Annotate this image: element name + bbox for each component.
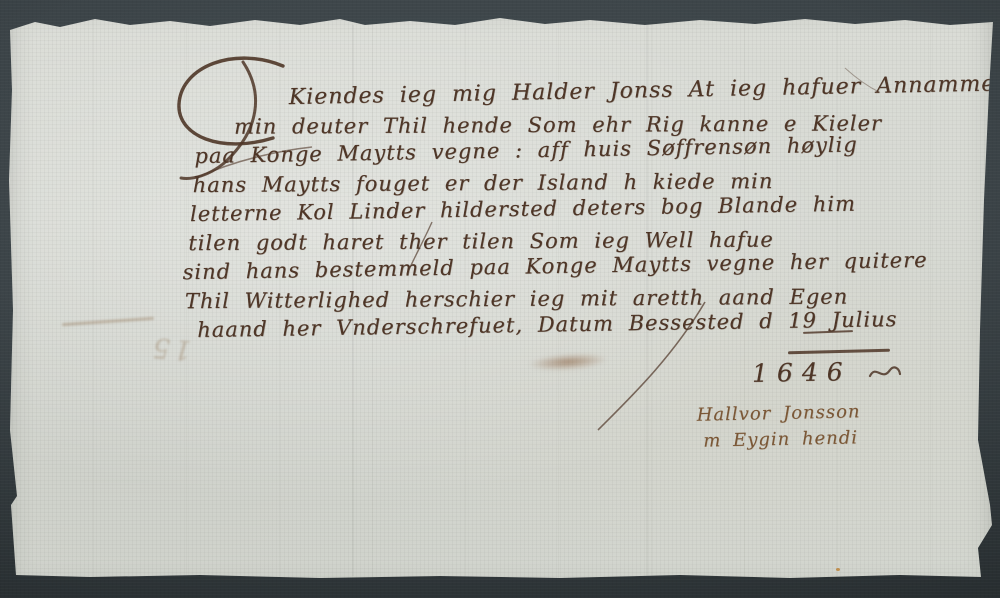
paper-fiber-speck [560,17,564,20]
year-flourish [868,362,902,384]
manuscript-line-1: Kiendes ieg mig Halder Jonss At ieg hafu… [289,70,986,112]
manuscript-paper: Kiendes ieg mig Halder Jonss At ieg hafu… [0,0,1000,598]
year-line: 1646 [752,357,852,388]
paper-fiber-speck [66,20,70,23]
paper-fiber-speck [202,20,206,23]
ink-bleedthrough-mark: 15 [50,307,193,365]
paper-fiber-speck [836,568,840,571]
manuscript-text-block: Kiendes ieg mig Halder Jonss At ieg hafu… [181,76,989,345]
signature-hand-note: m Eygin hendi [703,425,861,454]
signature-name: Hallvor Jonsson [696,399,860,428]
signature-block: Hallvor Jonsson m Eygin hendi [696,399,861,454]
date-underline-stroke [788,349,890,355]
scanner-background: Kiendes ieg mig Halder Jonss At ieg hafu… [0,0,1000,598]
ink-smudge [528,351,609,373]
